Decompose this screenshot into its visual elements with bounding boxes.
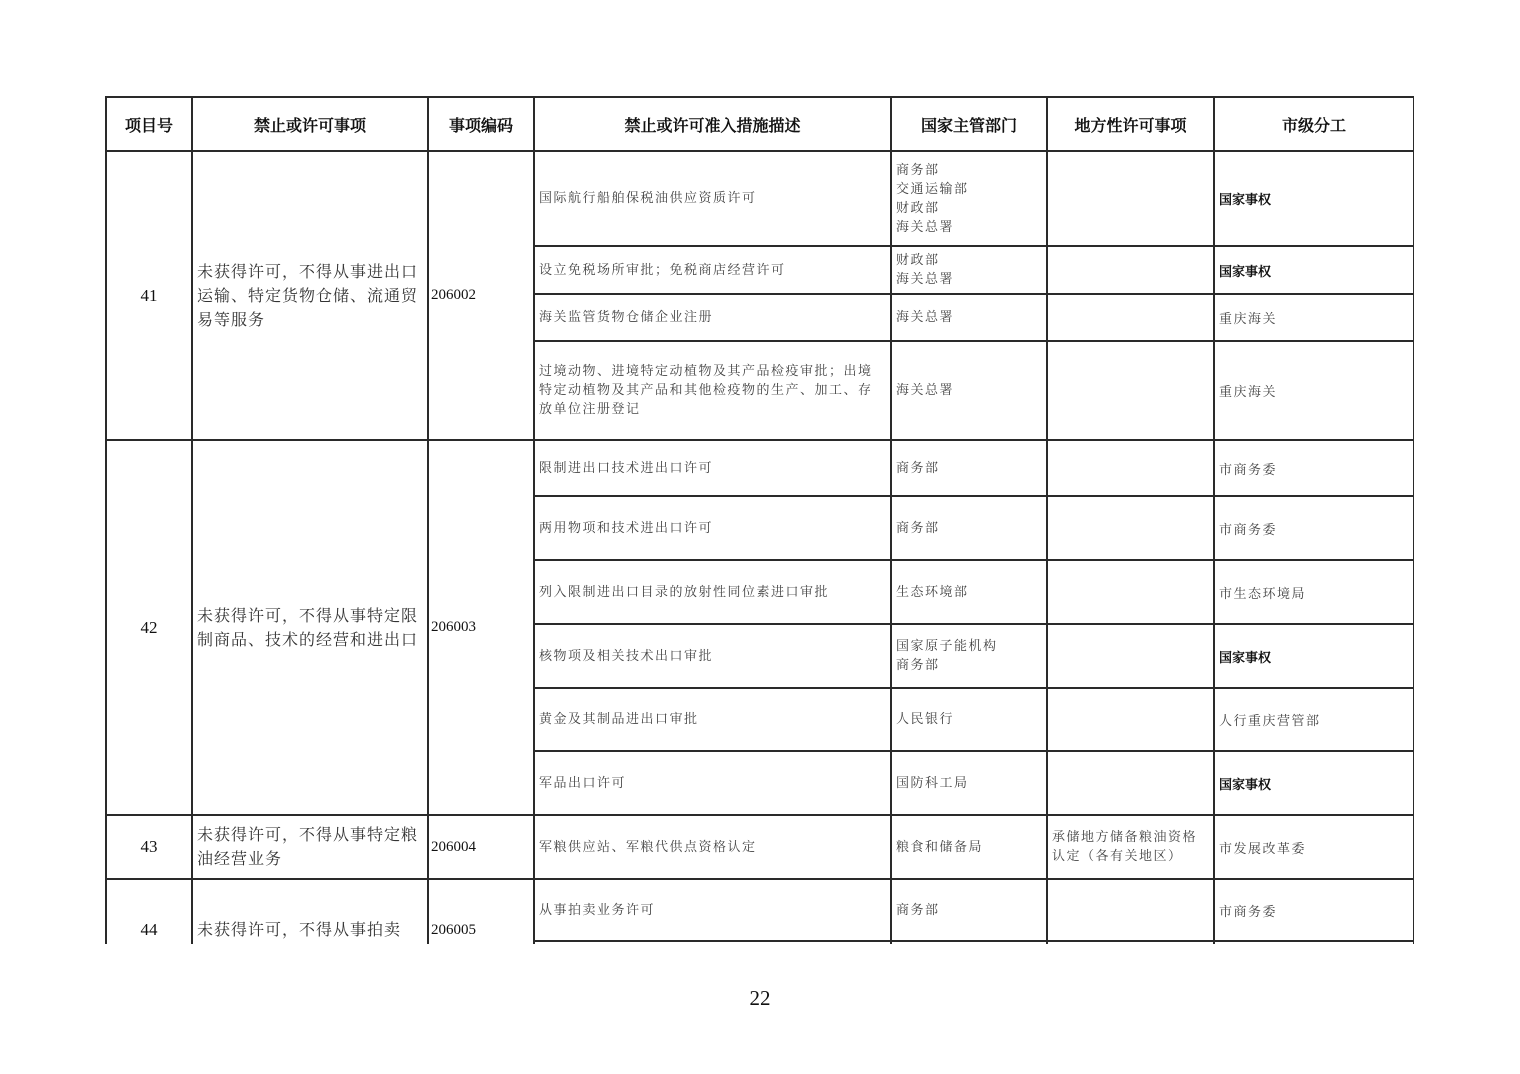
national-dept: 商务部 <box>891 879 1047 941</box>
dept-line: 商务部 <box>896 656 1042 675</box>
city-division: 市发展改革委 <box>1214 815 1414 879</box>
item-name: 未获得许可，不得从事特定限制商品、技术的经营和进出口 <box>192 440 428 815</box>
table-row: 42 未获得许可，不得从事特定限制商品、技术的经营和进出口 206003 限制进… <box>106 440 1414 496</box>
header-local-permit: 地方性许可事项 <box>1047 97 1214 151</box>
national-dept: 国防科工局 <box>891 751 1047 815</box>
empty-cell <box>1047 941 1214 944</box>
table-header-row: 项目号 禁止或许可事项 事项编码 禁止或许可准入措施描述 国家主管部门 地方性许… <box>106 97 1414 151</box>
national-dept: 海关总署 <box>891 341 1047 440</box>
table-row: 43 未获得许可，不得从事特定粮油经营业务 206004 军粮供应站、军粮代供点… <box>106 815 1414 879</box>
local-permit <box>1047 560 1214 624</box>
permit-table: 项目号 禁止或许可事项 事项编码 禁止或许可准入措施描述 国家主管部门 地方性许… <box>105 96 1414 944</box>
local-permit <box>1047 341 1214 440</box>
city-division: 重庆海关 <box>1214 341 1414 440</box>
item-name: 未获得许可，不得从事拍卖 <box>192 879 428 944</box>
measure-description: 海关监管货物仓储企业注册 <box>534 294 891 341</box>
dept-line: 财政部 <box>896 251 1042 270</box>
national-dept: 生态环境部 <box>891 560 1047 624</box>
item-number: 41 <box>106 151 192 440</box>
local-permit <box>1047 879 1214 941</box>
measure-description: 列入限制进出口目录的放射性同位素进口审批 <box>534 560 891 624</box>
city-division: 国家事权 <box>1214 151 1414 246</box>
local-permit <box>1047 246 1214 294</box>
city-division: 国家事权 <box>1214 624 1414 688</box>
national-dept: 人民银行 <box>891 688 1047 751</box>
header-code: 事项编码 <box>428 97 534 151</box>
measure-description: 军品出口许可 <box>534 751 891 815</box>
header-national-dept: 国家主管部门 <box>891 97 1047 151</box>
dept-line: 商务部 <box>896 161 1042 180</box>
empty-cell <box>1214 941 1414 944</box>
dept-line: 海关总署 <box>896 218 1042 237</box>
local-permit <box>1047 294 1214 341</box>
dept-line: 海关总署 <box>896 270 1042 289</box>
local-permit <box>1047 688 1214 751</box>
local-permit <box>1047 751 1214 815</box>
city-division: 人行重庆营管部 <box>1214 688 1414 751</box>
city-division: 市商务委 <box>1214 440 1414 496</box>
city-division: 国家事权 <box>1214 246 1414 294</box>
measure-description: 黄金及其制品进出口审批 <box>534 688 891 751</box>
measure-description: 过境动物、进境特定动植物及其产品检疫审批；出境特定动植物及其产品和其他检疫物的生… <box>534 341 891 440</box>
measure-description: 两用物项和技术进出口许可 <box>534 496 891 560</box>
local-permit: 承储地方储备粮油资格认定（各有关地区） <box>1047 815 1214 879</box>
dept-line: 财政部 <box>896 199 1042 218</box>
national-dept: 粮食和储备局 <box>891 815 1047 879</box>
measure-description: 设立免税场所审批；免税商店经营许可 <box>534 246 891 294</box>
city-division: 市生态环境局 <box>1214 560 1414 624</box>
item-name: 未获得许可，不得从事特定粮油经营业务 <box>192 815 428 879</box>
header-item: 禁止或许可事项 <box>192 97 428 151</box>
local-permit <box>1047 624 1214 688</box>
measure-description: 国际航行船舶保税油供应资质许可 <box>534 151 891 246</box>
national-dept: 商务部 交通运输部 财政部 海关总署 <box>891 151 1047 246</box>
header-description: 禁止或许可准入措施描述 <box>534 97 891 151</box>
header-city-division: 市级分工 <box>1214 97 1414 151</box>
header-item-no: 项目号 <box>106 97 192 151</box>
empty-cell <box>891 941 1047 944</box>
national-dept: 国家原子能机构 商务部 <box>891 624 1047 688</box>
measure-description: 限制进出口技术进出口许可 <box>534 440 891 496</box>
table-row: 41 未获得许可，不得从事进出口运输、特定货物仓储、流通贸易等服务 206002… <box>106 151 1414 246</box>
measure-description: 核物项及相关技术出口审批 <box>534 624 891 688</box>
city-division: 市商务委 <box>1214 496 1414 560</box>
city-division: 重庆海关 <box>1214 294 1414 341</box>
measure-description: 从事拍卖业务许可 <box>534 879 891 941</box>
dept-line: 国家原子能机构 <box>896 637 1042 656</box>
national-dept: 海关总署 <box>891 294 1047 341</box>
item-name: 未获得许可，不得从事进出口运输、特定货物仓储、流通贸易等服务 <box>192 151 428 440</box>
item-number: 42 <box>106 440 192 815</box>
item-code: 206004 <box>428 815 534 879</box>
national-dept: 财政部 海关总署 <box>891 246 1047 294</box>
city-division: 市商务委 <box>1214 879 1414 941</box>
city-division: 国家事权 <box>1214 751 1414 815</box>
local-permit <box>1047 151 1214 246</box>
item-code: 206003 <box>428 440 534 815</box>
dept-line: 交通运输部 <box>896 180 1042 199</box>
table-row: 44 未获得许可，不得从事拍卖 206005 从事拍卖业务许可 商务部 市商务委 <box>106 879 1414 941</box>
local-permit <box>1047 496 1214 560</box>
national-dept: 商务部 <box>891 440 1047 496</box>
item-number: 44 <box>106 879 192 944</box>
empty-cell <box>534 941 891 944</box>
item-code: 206005 <box>428 879 534 944</box>
local-permit <box>1047 440 1214 496</box>
permit-table-container: 项目号 禁止或许可事项 事项编码 禁止或许可准入措施描述 国家主管部门 地方性许… <box>105 96 1414 944</box>
page-number: 22 <box>0 986 1520 1011</box>
item-number: 43 <box>106 815 192 879</box>
measure-description: 军粮供应站、军粮代供点资格认定 <box>534 815 891 879</box>
item-code: 206002 <box>428 151 534 440</box>
national-dept: 商务部 <box>891 496 1047 560</box>
document-page: 项目号 禁止或许可事项 事项编码 禁止或许可准入措施描述 国家主管部门 地方性许… <box>0 0 1520 1074</box>
